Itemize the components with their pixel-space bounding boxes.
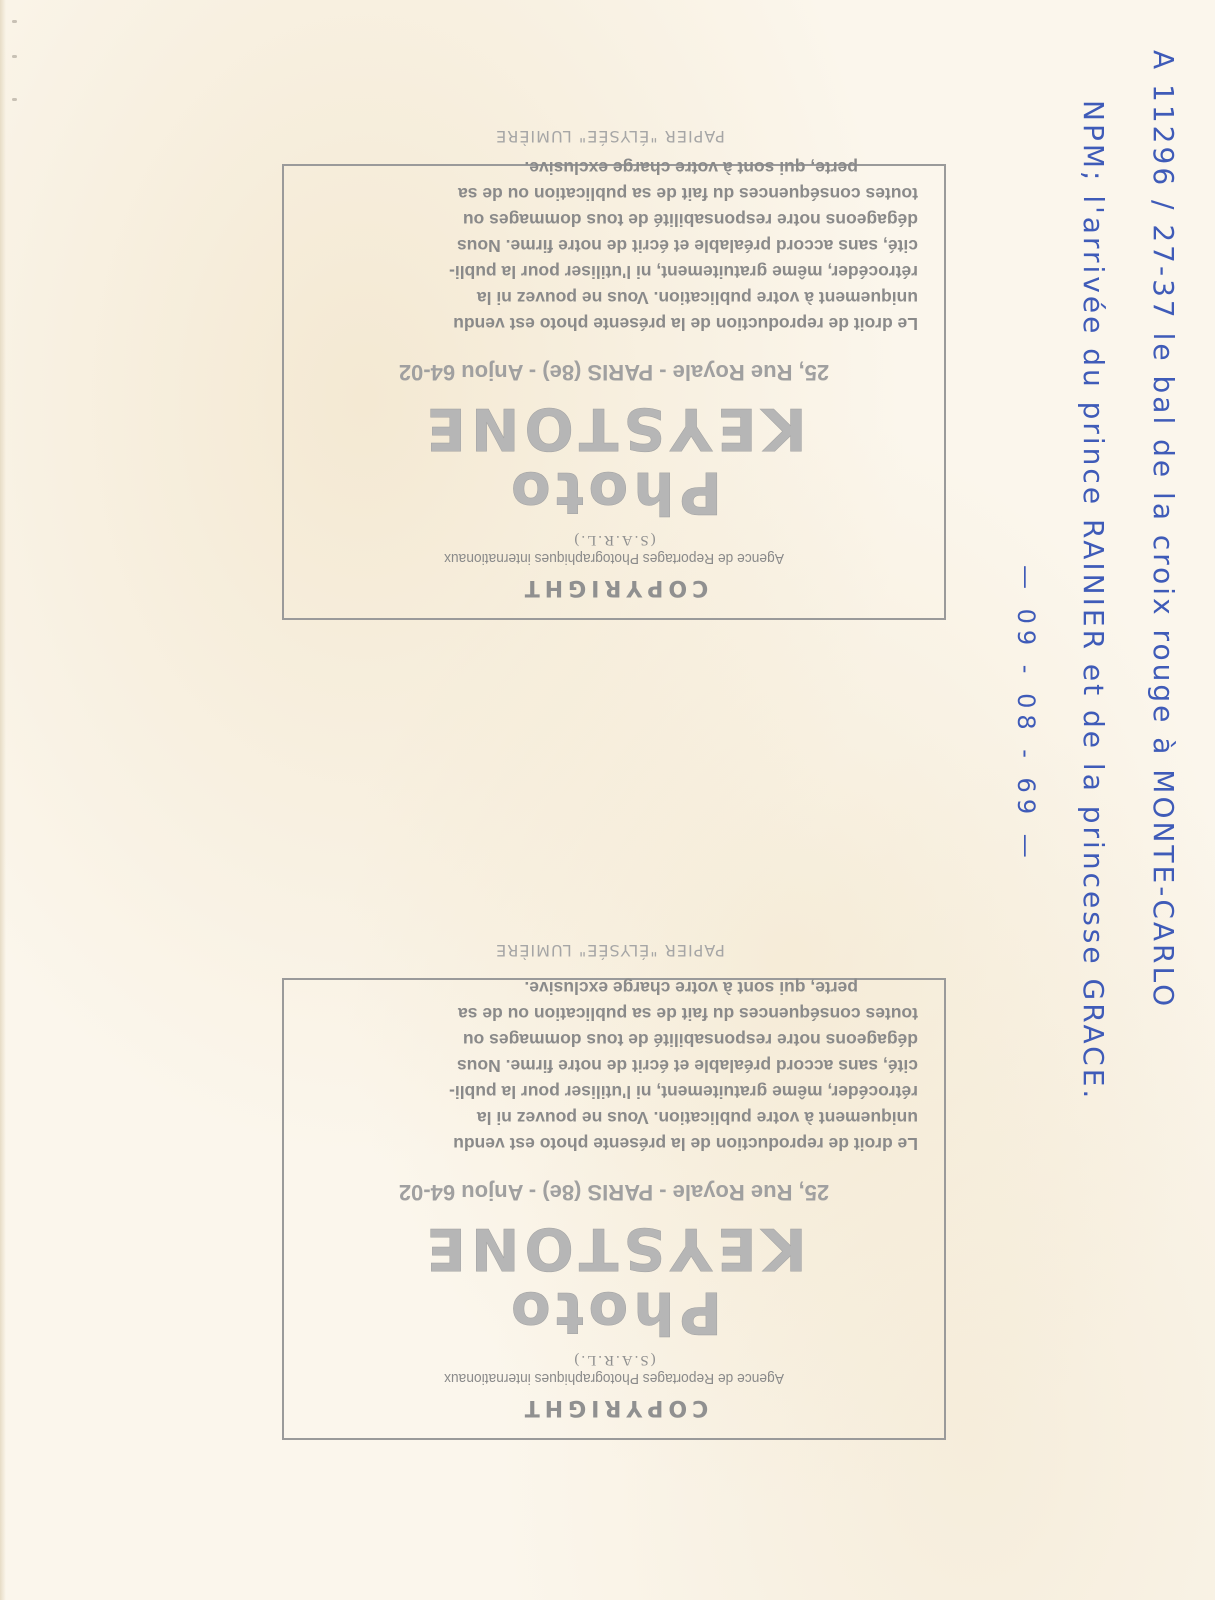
terms-line: uniquement à votre publication. Vous ne … [310, 285, 918, 311]
paper-specks [12, 20, 22, 110]
terms-line: cité, sans accord préalable et écrit de … [310, 1053, 918, 1079]
reproduction-terms: Le droit de reproduction de la présente … [306, 155, 922, 337]
terms-line: Le droit de reproduction de la présente … [310, 311, 918, 337]
copyright-heading: COPYRIGHT [306, 1395, 922, 1420]
terms-line: dégageons notre responsabilité de tous d… [310, 1027, 918, 1053]
handwritten-date: — 09 - 08 - 69 — [1012, 565, 1040, 864]
agency-name: Agence de Reportages Photographiques int… [331, 550, 898, 567]
stamp-frame: COPYRIGHT Agence de Reportages Photograp… [282, 978, 946, 1440]
paper-brand-label: PAPIER "ÉLYSÉE" LUMIÈRE [268, 941, 952, 960]
reproduction-terms: Le droit de reproduction de la présente … [306, 975, 922, 1157]
agency-address: 25, Rue Royale - PARIS (8e) - Anjou 64-0… [306, 1179, 922, 1205]
stamp-frame: COPYRIGHT Agence de Reportages Photograp… [282, 164, 946, 620]
copyright-heading: COPYRIGHT [306, 575, 922, 600]
legal-form: (S.A.R.L.) [306, 1351, 922, 1368]
handwritten-caption-line2: NPM; l'arrivée du prince RAINIER et de l… [1077, 100, 1110, 1101]
brand-name: Photo KEYSTONE [306, 1217, 922, 1345]
terms-line: uniquement à votre publication. Vous ne … [310, 1105, 918, 1131]
terms-line: perte, qui sont à votre charge exclusive… [310, 155, 918, 181]
terms-line: Le droit de reproduction de la présente … [310, 1131, 918, 1157]
legal-form: (S.A.R.L.) [306, 531, 922, 548]
terms-line: rétrocéder, même gratuitement, ni l'util… [310, 1079, 918, 1105]
terms-line: perte, qui sont à votre charge exclusive… [310, 975, 918, 1001]
agency-name: Agence de Reportages Photographiques int… [331, 1370, 898, 1387]
brand-name: Photo KEYSTONE [306, 397, 922, 525]
paper-edge [0, 0, 6, 1600]
terms-line: toutes conséquences du fait de sa public… [310, 1001, 918, 1027]
handwritten-caption-line1: A 11296 / 27-37 le bal de la croix rouge… [1147, 50, 1180, 1009]
keystone-stamp-top: COPYRIGHT Agence de Reportages Photograp… [268, 108, 952, 620]
paper-brand-label: PAPIER "ÉLYSÉE" LUMIÈRE [268, 127, 952, 146]
keystone-stamp-bottom: COPYRIGHT Agence de Reportages Photograp… [268, 920, 952, 1440]
terms-line: rétrocéder, même gratuitement, ni l'util… [310, 259, 918, 285]
agency-address: 25, Rue Royale - PARIS (8e) - Anjou 64-0… [306, 359, 922, 385]
terms-line: toutes conséquences du fait de sa public… [310, 181, 918, 207]
terms-line: cité, sans accord préalable et écrit de … [310, 233, 918, 259]
terms-line: dégageons notre responsabilité de tous d… [310, 207, 918, 233]
